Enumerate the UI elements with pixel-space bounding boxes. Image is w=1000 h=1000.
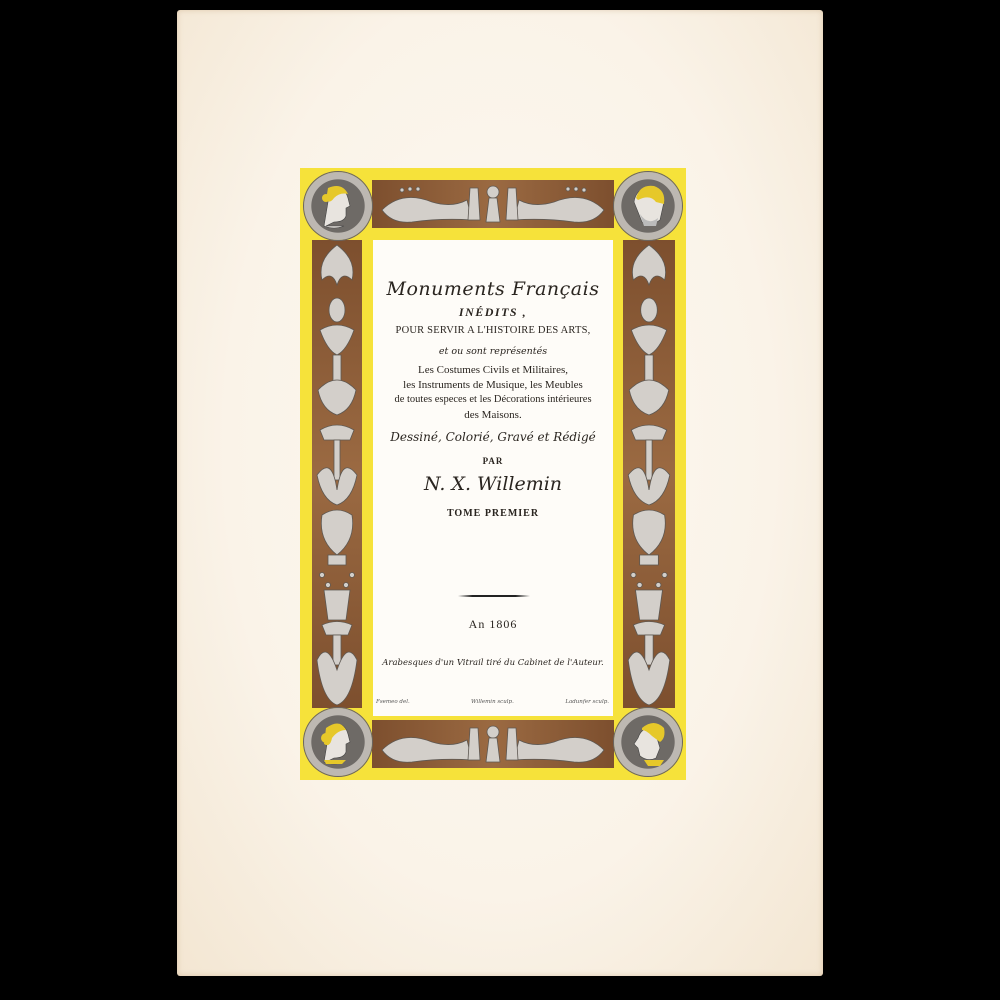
helmeted-warrior-medallion-icon xyxy=(614,172,682,240)
description-line: Les Costumes Civils et Militaires, xyxy=(373,364,613,376)
woman-profile-medallion-icon xyxy=(304,172,372,240)
book-title: Monuments Français xyxy=(373,278,613,300)
griffin-ornament-icon xyxy=(372,720,614,768)
bottom-griffin-band xyxy=(372,720,614,768)
credit-line: Dessiné, Colorié, Gravé et Rédigé xyxy=(373,430,613,444)
draftsman-credit: Fsemeo del. xyxy=(376,699,410,705)
book-purpose: POUR SERVIR A L'HISTOIRE DES ARTS, xyxy=(373,325,613,336)
publication-year: An 1806 xyxy=(373,617,613,632)
title-panel: Monuments Français INÉDITS , POUR SERVIR… xyxy=(373,240,613,716)
description-line: de toutes especes et les Décorations int… xyxy=(373,394,613,405)
divider-rule xyxy=(458,595,530,597)
by-label: PAR xyxy=(373,456,613,466)
right-arabesque-column xyxy=(623,240,675,708)
book-subtitle: INÉDITS , xyxy=(373,305,613,320)
book-intro: et ou sont représentés xyxy=(373,346,613,357)
griffin-ornament-icon xyxy=(372,180,614,228)
helmeted-man-medallion-icon xyxy=(614,708,682,776)
plate-caption: Arabesques d'un Vitrail tiré du Cabinet … xyxy=(373,658,613,668)
description-line: les Instruments de Musique, les Meubles xyxy=(373,379,613,391)
title-plate-frame: Monuments Français INÉDITS , POUR SERVIR… xyxy=(300,168,686,780)
volume-label: TOME PREMIER xyxy=(373,508,613,519)
arabesque-ornament-icon xyxy=(623,240,675,708)
top-griffin-band xyxy=(372,180,614,228)
description-line: des Maisons. xyxy=(373,409,613,421)
left-arabesque-column xyxy=(312,240,362,708)
engraver-credit: Willemin sculp. xyxy=(471,699,514,705)
woman-profile-medallion-icon xyxy=(304,708,372,776)
author-name: N. X. Willemin xyxy=(373,473,613,495)
arabesque-ornament-icon xyxy=(312,240,362,708)
engraver-credit: Ladunfer sculp. xyxy=(565,699,609,705)
